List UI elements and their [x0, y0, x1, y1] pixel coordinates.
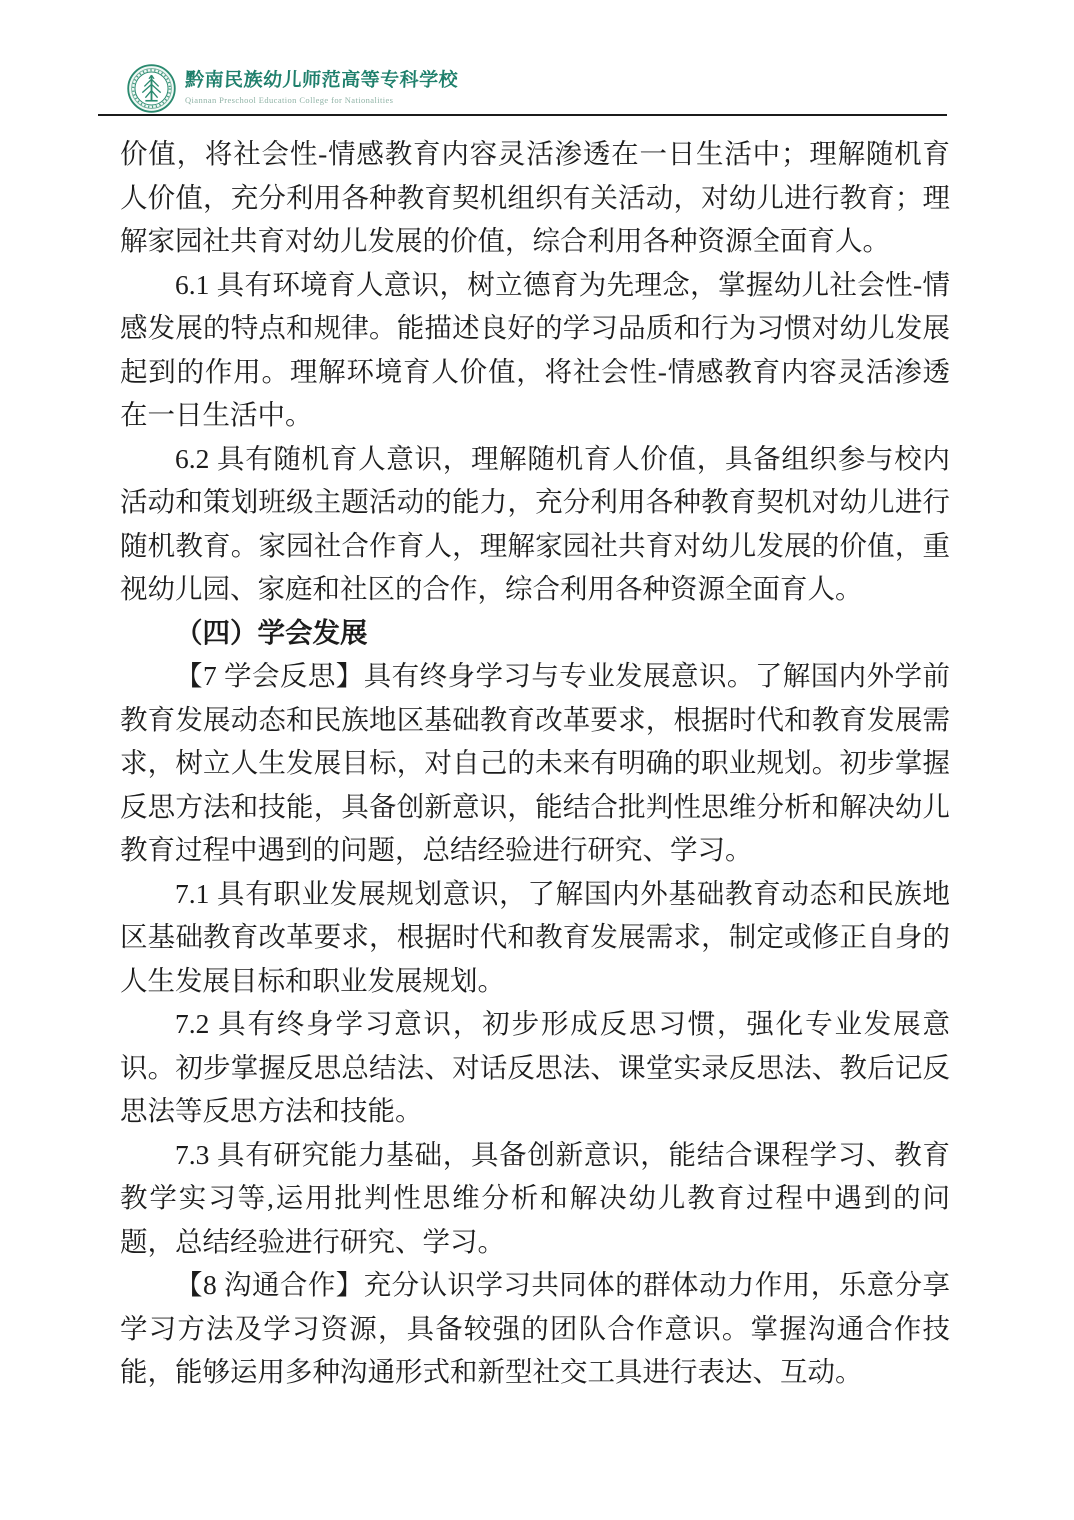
- section-heading-4: （四）学会发展: [120, 611, 950, 655]
- document-body: 价值，将社会性-情感教育内容灵活渗透在一日生活中；理解随机育人价值，充分利用各种…: [120, 132, 950, 1394]
- school-name: 黔南民族幼儿师范高等专科学校: [185, 69, 459, 93]
- school-brand-text: 黔南民族幼儿师范高等专科学校 Qiannan Preschool Educati…: [185, 64, 458, 105]
- para-7-3: 7.3 具有研究能力基础，具备创新意识，能结合课程学习、教育教学实习等,运用批判…: [120, 1133, 950, 1264]
- para-8-intro: 【8 沟通合作】充分认识学习共同体的群体动力作用，乐意分享学习方法及学习资源，具…: [120, 1263, 950, 1394]
- school-emblem-icon: [127, 64, 176, 113]
- para-7-intro: 【7 学会反思】具有终身学习与专业发展意识。了解国内外学前教育发展动态和民族地区…: [120, 654, 950, 872]
- header-rule: [98, 114, 947, 116]
- para-continued: 价值，将社会性-情感教育内容灵活渗透在一日生活中；理解随机育人价值，充分利用各种…: [120, 132, 950, 263]
- letterhead: 黔南民族幼儿师范高等专科学校 Qiannan Preschool Educati…: [127, 64, 458, 113]
- para-6-2: 6.2 具有随机育人意识，理解随机育人价值，具备组织参与校内活动和策划班级主题活…: [120, 437, 950, 611]
- para-7-2: 7.2 具有终身学习意识，初步形成反思习惯，强化专业发展意识。初步掌握反思总结法…: [120, 1002, 950, 1133]
- document-page: { "header": { "school_name_zh": "黔南民族幼儿师…: [0, 0, 1074, 1520]
- para-6-1: 6.1 具有环境育人意识，树立德育为先理念，掌握幼儿社会性-情感发展的特点和规律…: [120, 263, 950, 437]
- school-name-english: Qiannan Preschool Education College for …: [185, 95, 458, 105]
- para-7-1: 7.1 具有职业发展规划意识，了解国内外基础教育动态和民族地区基础教育改革要求，…: [120, 872, 950, 1003]
